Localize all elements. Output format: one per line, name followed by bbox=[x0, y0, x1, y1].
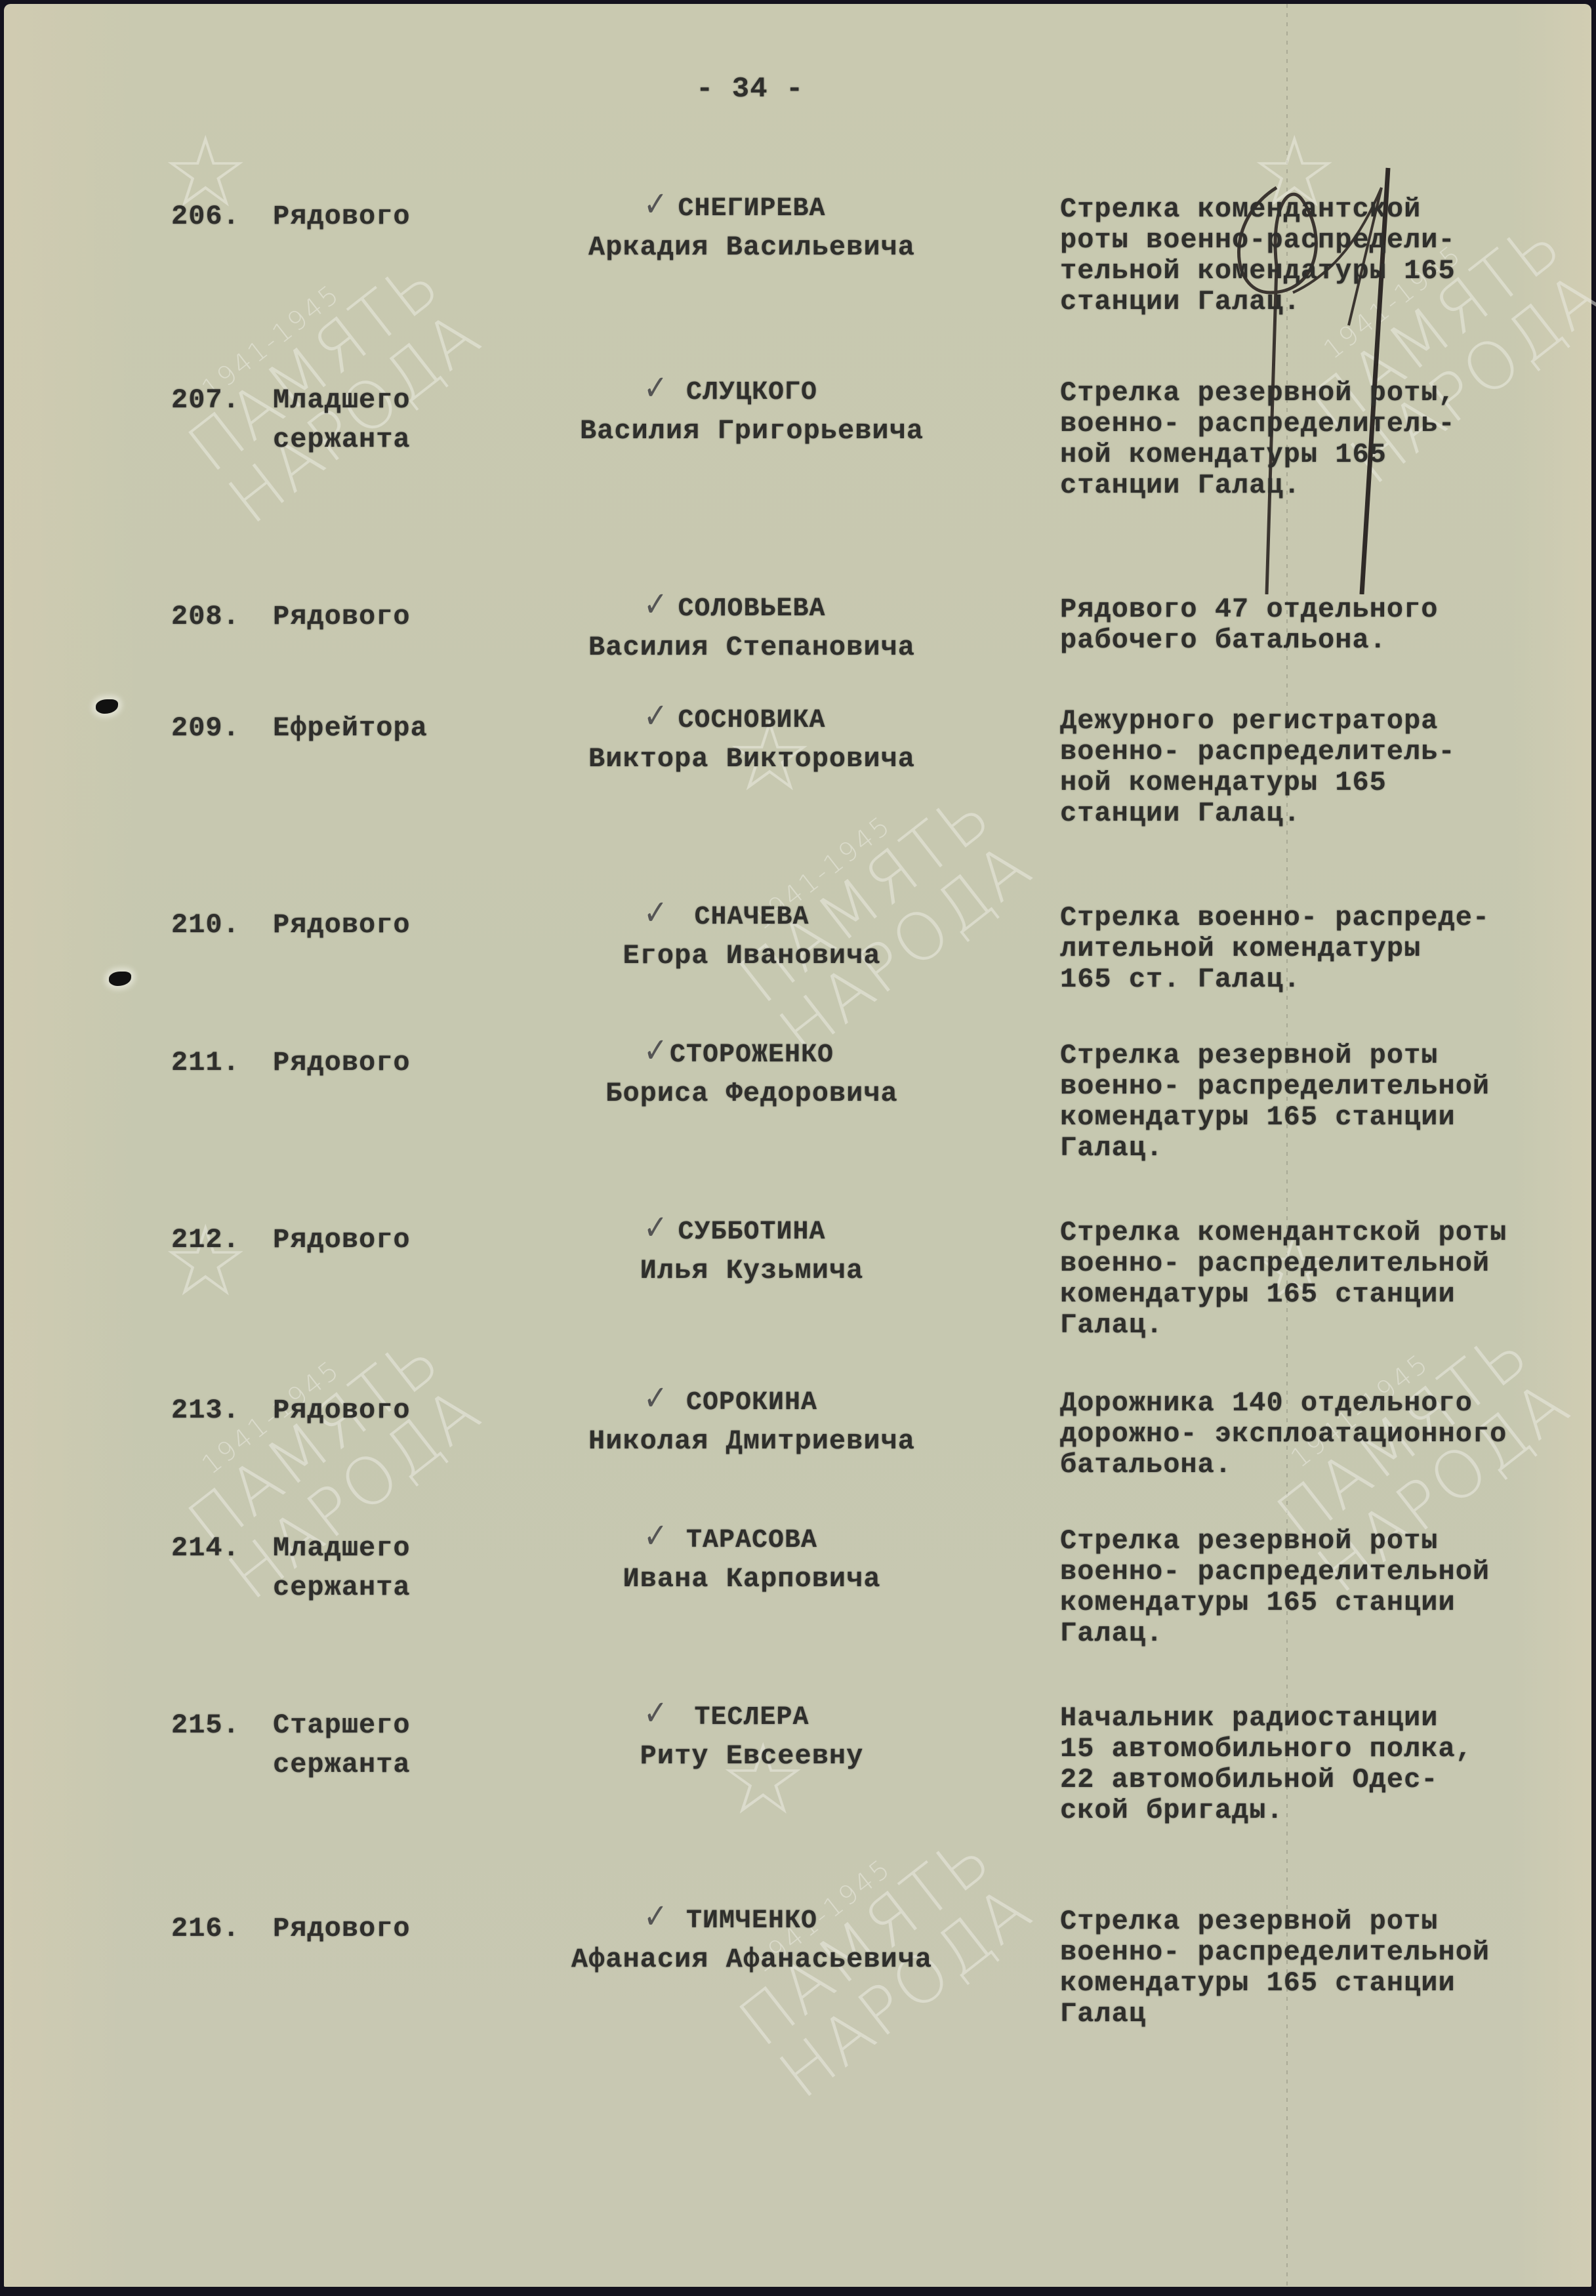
service-description: Стрелка комендантской ротывоенно- распре… bbox=[1060, 1218, 1507, 1341]
description-line: батальона. bbox=[1060, 1450, 1507, 1481]
surname: СНЕГИРЕВА bbox=[548, 194, 955, 224]
surname: СОРОКИНА bbox=[548, 1388, 955, 1418]
entry-number: 210. bbox=[171, 909, 240, 941]
description-line: станции Галац. bbox=[1060, 798, 1456, 829]
service-description: Стрелка резервной роты,военно- распредел… bbox=[1060, 378, 1456, 501]
description-line: ской бригады. bbox=[1060, 1795, 1473, 1826]
person-name: СЛУЦКОГОВасилия Григорьевича bbox=[548, 378, 955, 447]
service-description: Стрелка резервной ротывоенно- распредели… bbox=[1060, 1526, 1490, 1649]
surname: СЛУЦКОГО bbox=[548, 378, 955, 407]
service-description: Рядового 47 отдельногорабочего батальона… bbox=[1060, 594, 1439, 656]
star-icon: ☆ bbox=[161, 1204, 249, 1319]
rank-label: Рядового bbox=[273, 601, 411, 632]
service-description: Дорожника 140 отдельногодорожно- эксплоа… bbox=[1060, 1388, 1507, 1481]
description-line: станции Галац. bbox=[1060, 287, 1456, 318]
description-line: Дорожника 140 отдельного bbox=[1060, 1388, 1507, 1419]
rank-label: Рядового bbox=[273, 909, 411, 941]
rank-label: Рядового bbox=[273, 1395, 411, 1426]
person-name: СТОРОЖЕНКОБориса Федоровича bbox=[548, 1040, 955, 1109]
page-number: - 34 - bbox=[696, 73, 804, 106]
person-name: СОСНОВИКАВиктора Викторовича bbox=[548, 706, 955, 775]
description-line: военно- распределительной bbox=[1060, 1557, 1490, 1588]
description-line: Стрелка резервной роты bbox=[1060, 1526, 1490, 1557]
description-line: военно- распределительной bbox=[1060, 1071, 1490, 1102]
description-line: Галац bbox=[1060, 1999, 1490, 2030]
description-line: Стрелка резервной роты bbox=[1060, 1040, 1490, 1071]
description-line: 22 автомобильной Одес- bbox=[1060, 1765, 1473, 1795]
description-line: военно- распределитель- bbox=[1060, 409, 1456, 440]
entry-number: 211. bbox=[171, 1047, 240, 1078]
entry-number: 213. bbox=[171, 1395, 240, 1426]
person-name: СОРОКИНАНиколая Дмитриевича bbox=[548, 1388, 955, 1457]
person-name: ТИМЧЕНКОАфанасия Афанасьевича bbox=[548, 1906, 955, 1975]
description-line: 15 автомобильного полка, bbox=[1060, 1734, 1473, 1765]
rank-label: Младшего bbox=[273, 384, 411, 416]
rank-label: сержанта bbox=[273, 1572, 411, 1603]
given-names: Илья Кузьмича bbox=[548, 1255, 955, 1286]
description-line: комендатуры 165 станции bbox=[1060, 1588, 1490, 1618]
service-description: Дежурного регистраторавоенно- распредели… bbox=[1060, 706, 1456, 829]
description-line: Галац. bbox=[1060, 1133, 1490, 1164]
description-line: лительной комендатуры bbox=[1060, 933, 1490, 964]
rank-label: Рядового bbox=[273, 201, 411, 232]
surname: ТЕСЛЕРА bbox=[548, 1703, 955, 1732]
entry-number: 212. bbox=[171, 1224, 240, 1256]
rank-label: Рядового bbox=[273, 1047, 411, 1078]
description-line: Стрелка резервной роты, bbox=[1060, 378, 1456, 409]
watermark: 1941-1945 ПАМЯТЬ НАРОДА bbox=[161, 1303, 493, 1610]
service-description: Стрелка резервной ротывоенно- распредели… bbox=[1060, 1040, 1490, 1164]
person-name: СУББОТИНАИлья Кузьмича bbox=[548, 1218, 955, 1286]
given-names: Николая Дмитриевича bbox=[548, 1425, 955, 1457]
punch-hole bbox=[96, 699, 118, 714]
description-line: рабочего батальона. bbox=[1060, 625, 1439, 656]
description-line: Начальник радиостанции bbox=[1060, 1703, 1473, 1734]
rank-label: Младшего bbox=[273, 1532, 411, 1564]
rank-label: Рядового bbox=[273, 1913, 411, 1944]
rank-label: сержанта bbox=[273, 424, 411, 455]
given-names: Афанасия Афанасьевича bbox=[548, 1944, 955, 1975]
description-line: Стрелка резервной роты bbox=[1060, 1906, 1490, 1937]
description-line: Галац. bbox=[1060, 1618, 1490, 1649]
service-description: Стрелка военно- распреде-лительной комен… bbox=[1060, 903, 1490, 995]
person-name: СОЛОВЬЕВАВасилия Степановича bbox=[548, 594, 955, 663]
person-name: СНЕГИРЕВААркадия Васильевича bbox=[548, 194, 955, 263]
service-description: Начальник радиостанции15 автомобильного … bbox=[1060, 1703, 1473, 1826]
document-page: ☆ 1941-1945 ПАМЯТЬ НАРОДА ☆ 1941-1945 ПА… bbox=[4, 4, 1591, 2287]
entry-number: 207. bbox=[171, 384, 240, 416]
rank-label: Ефрейтора bbox=[273, 712, 428, 744]
description-line: Рядового 47 отдельного bbox=[1060, 594, 1439, 625]
given-names: Виктора Викторовича bbox=[548, 743, 955, 775]
surname: ТИМЧЕНКО bbox=[548, 1906, 955, 1936]
person-name: ТАРАСОВАИвана Карповича bbox=[548, 1526, 955, 1595]
description-line: дорожно- эксплоатационного bbox=[1060, 1419, 1507, 1450]
surname: СТОРОЖЕНКО bbox=[548, 1040, 955, 1070]
entry-number: 209. bbox=[171, 712, 240, 744]
entry-number: 214. bbox=[171, 1532, 240, 1564]
surname: СОЛОВЬЕВА bbox=[548, 594, 955, 624]
description-line: Галац. bbox=[1060, 1310, 1507, 1341]
description-line: военно- распределительной bbox=[1060, 1248, 1507, 1279]
given-names: Василия Григорьевича bbox=[548, 415, 955, 447]
description-line: станции Галац. bbox=[1060, 470, 1456, 501]
entry-number: 215. bbox=[171, 1710, 240, 1741]
service-description: Стрелка комендантскойроты военно-распред… bbox=[1060, 194, 1456, 318]
description-line: комендатуры 165 станции bbox=[1060, 1968, 1490, 1999]
description-line: 165 ст. Галац. bbox=[1060, 964, 1490, 995]
rank-label: сержанта bbox=[273, 1749, 411, 1780]
description-line: тельной комендатуры 165 bbox=[1060, 256, 1456, 287]
entry-number: 206. bbox=[171, 201, 240, 232]
description-line: Дежурного регистратора bbox=[1060, 706, 1456, 737]
surname: ТАРАСОВА bbox=[548, 1526, 955, 1555]
given-names: Риту Евсеевну bbox=[548, 1740, 955, 1772]
description-line: комендатуры 165 станции bbox=[1060, 1279, 1507, 1310]
entry-number: 216. bbox=[171, 1913, 240, 1944]
description-line: роты военно-распредели- bbox=[1060, 225, 1456, 256]
given-names: Аркадия Васильевича bbox=[548, 232, 955, 263]
description-line: ной комендатуры 165 bbox=[1060, 768, 1456, 798]
punch-hole bbox=[109, 972, 131, 986]
given-names: Василия Степановича bbox=[548, 632, 955, 663]
watermark: 1941-1945 ПАМЯТЬ НАРОДА bbox=[161, 228, 493, 535]
description-line: военно- распределитель- bbox=[1060, 737, 1456, 768]
given-names: Бориса Федоровича bbox=[548, 1078, 955, 1109]
surname: СОСНОВИКА bbox=[548, 706, 955, 735]
given-names: Ивана Карповича bbox=[548, 1563, 955, 1595]
given-names: Егора Ивановича bbox=[548, 940, 955, 972]
description-line: ной комендатуры 165 bbox=[1060, 440, 1456, 470]
rank-label: Рядового bbox=[273, 1224, 411, 1256]
surname: СУББОТИНА bbox=[548, 1218, 955, 1247]
person-name: СНАЧЕВАЕгора Ивановича bbox=[548, 903, 955, 972]
rank-label: Старшего bbox=[273, 1710, 411, 1741]
description-line: Стрелка комендантской роты bbox=[1060, 1218, 1507, 1248]
description-line: военно- распределительной bbox=[1060, 1937, 1490, 1968]
entry-number: 208. bbox=[171, 601, 240, 632]
service-description: Стрелка резервной ротывоенно- распредели… bbox=[1060, 1906, 1490, 2030]
description-line: Стрелка военно- распреде- bbox=[1060, 903, 1490, 933]
surname: СНАЧЕВА bbox=[548, 903, 955, 932]
description-line: Стрелка комендантской bbox=[1060, 194, 1456, 225]
person-name: ТЕСЛЕРАРиту Евсеевну bbox=[548, 1703, 955, 1772]
description-line: комендатуры 165 станции bbox=[1060, 1102, 1490, 1133]
